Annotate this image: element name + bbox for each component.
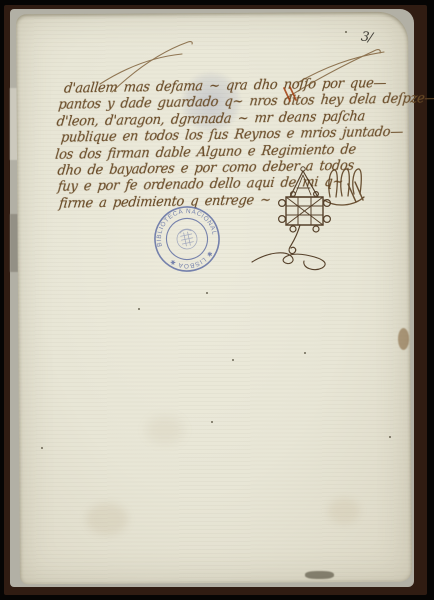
ink-overlay (0, 0, 434, 600)
pen-flourishes (100, 42, 384, 99)
manuscript-photograph: 3/ d'aallem mas defama ~ qra dho noſſo p… (0, 0, 434, 600)
notarial-sign (252, 167, 330, 270)
library-stamp-icon: BIBLIOTECA NACIONAL ✱ LISBOA ✱ (152, 204, 222, 274)
tall-letter-strokes (324, 169, 364, 205)
stamp-emblem (175, 227, 199, 251)
